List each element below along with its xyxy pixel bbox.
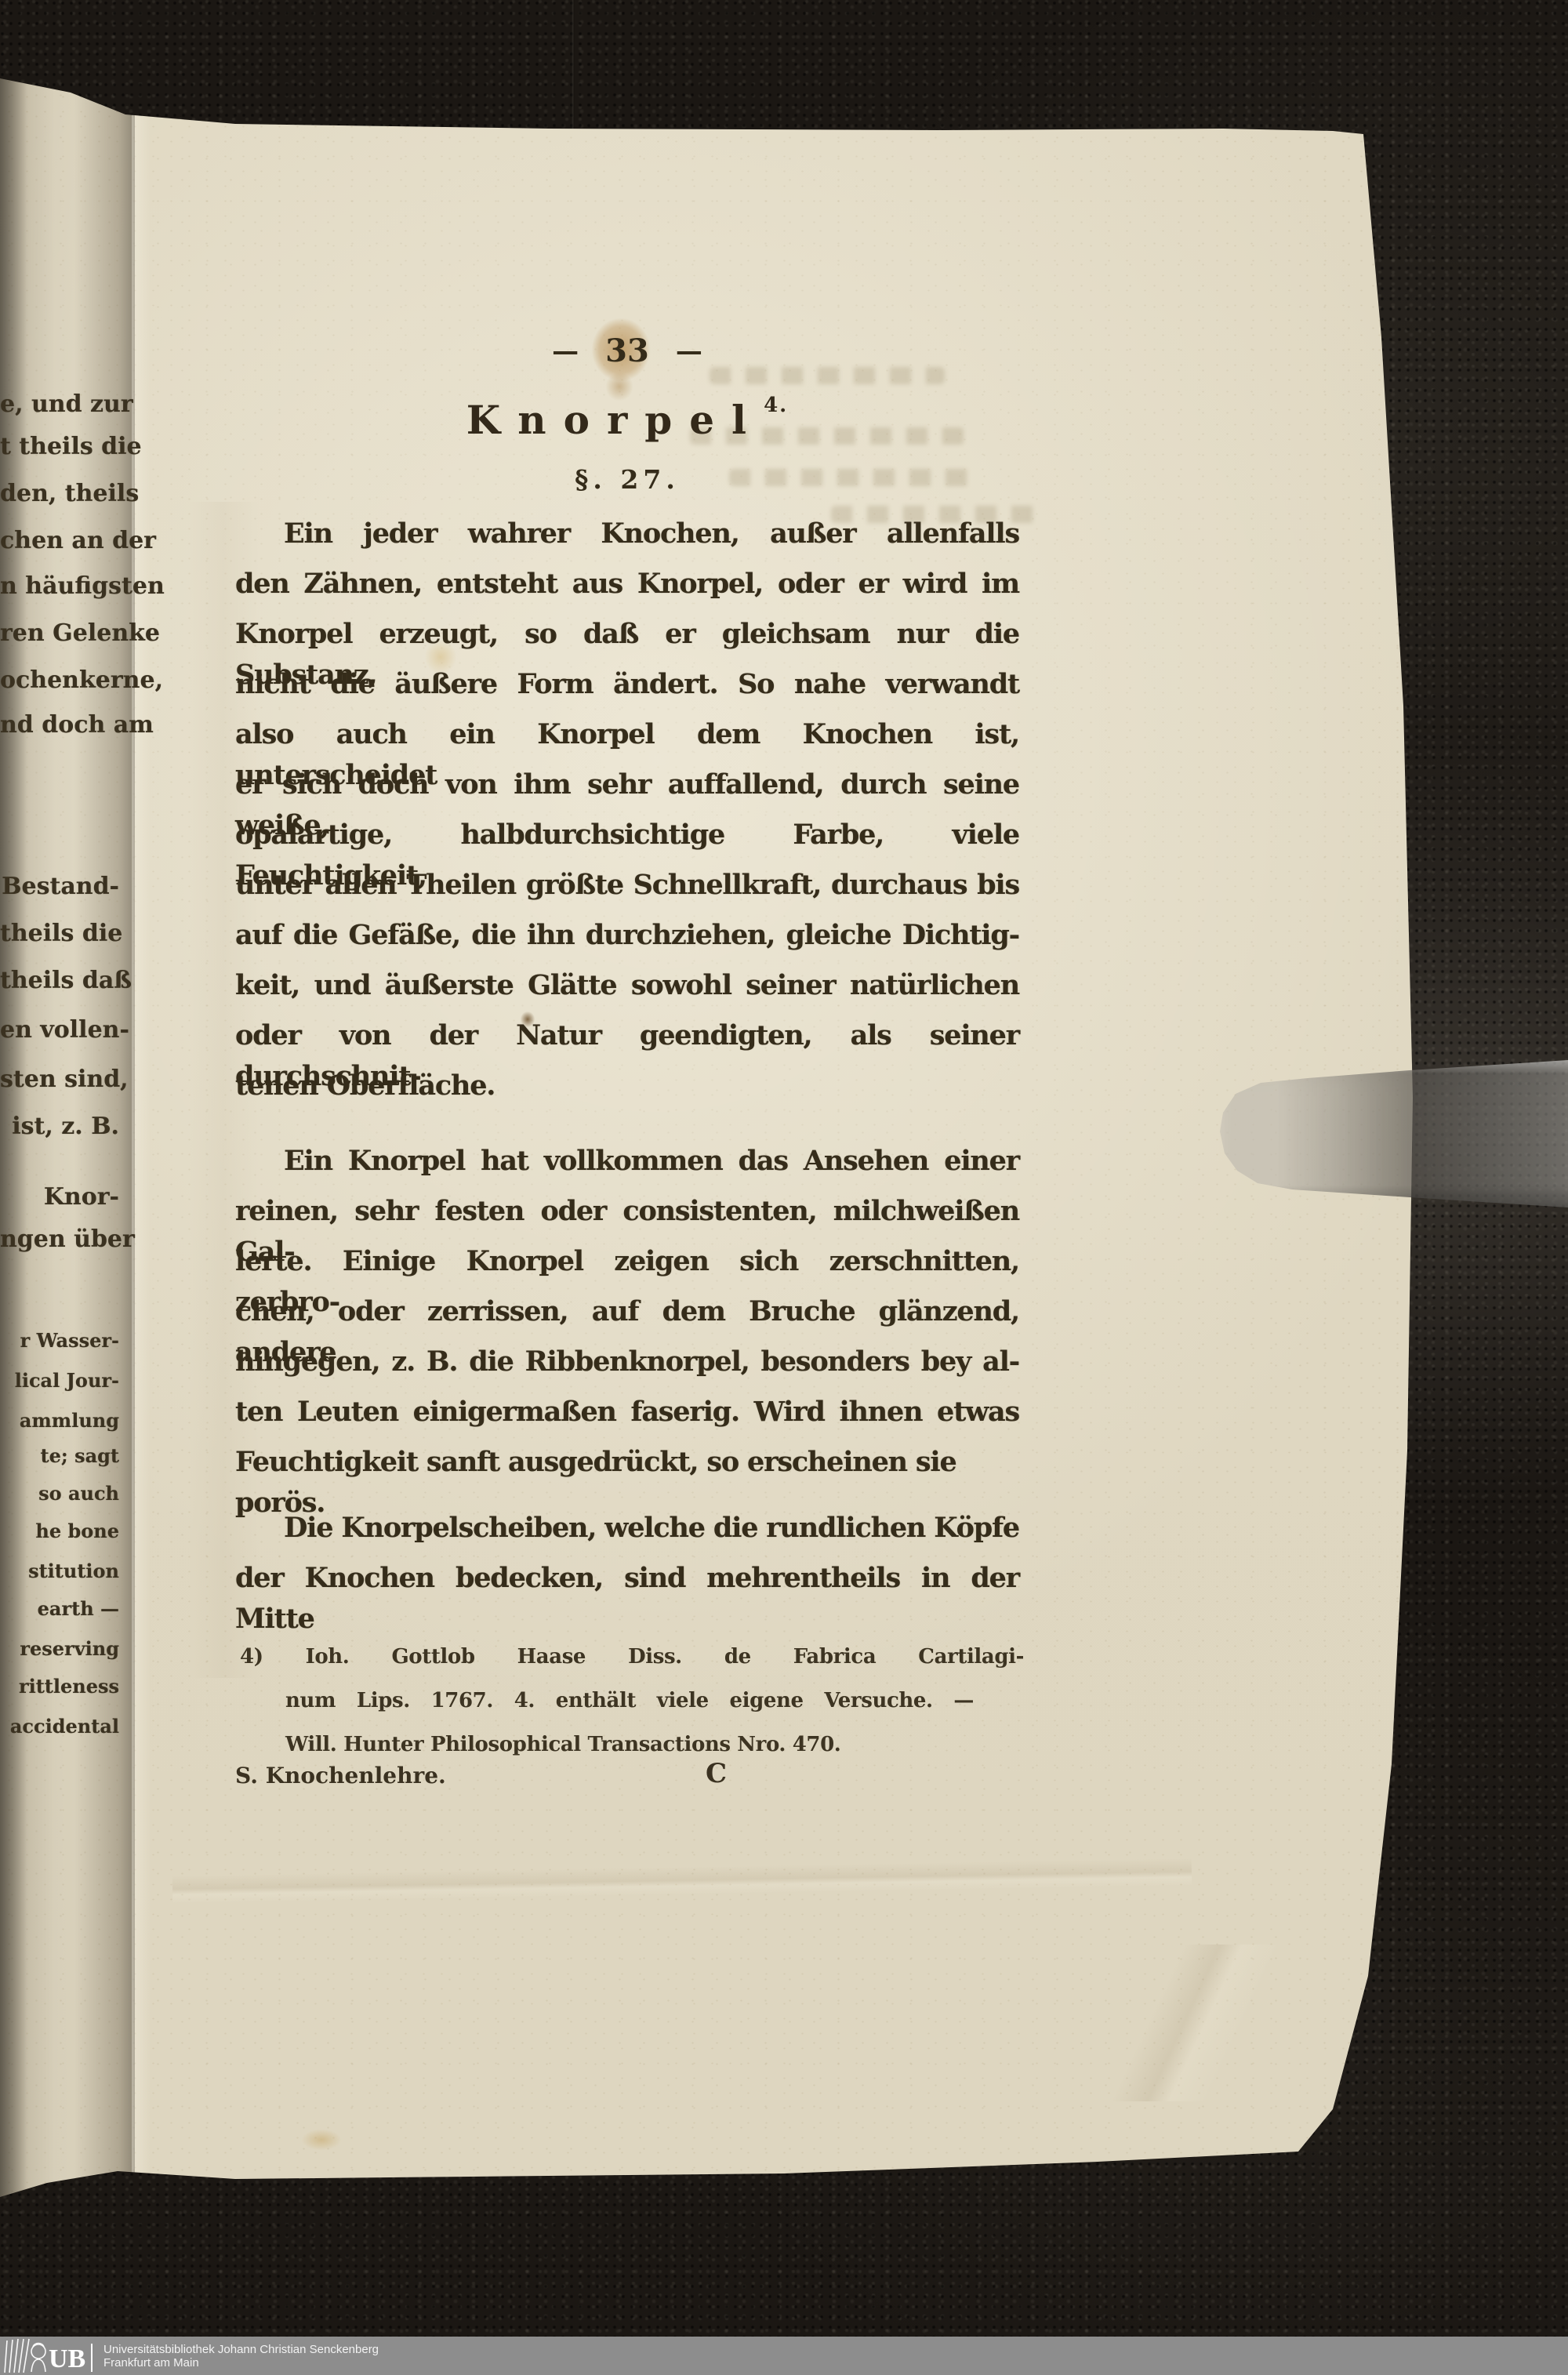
body-line: ten Leuten einigermaßen faserig. Wird ih…: [235, 1392, 1019, 1442]
library-footer-bar: UB Universitätsbibliothek Johann Christi…: [0, 2337, 1568, 2375]
facing-page-fragment: ren Gelenke: [0, 619, 119, 647]
facing-page-fragment: theils daß: [0, 967, 119, 994]
facing-page-fragment: theils die: [0, 920, 119, 947]
facing-page-fragment: te; sagt: [0, 1444, 119, 1467]
chapter-heading-text: Knorpel: [466, 397, 764, 443]
library-logo-text: UB: [49, 2344, 85, 2373]
facing-page-fragment: sten sind,: [0, 1066, 119, 1093]
facing-page-fragment: e, und zur: [0, 390, 119, 418]
body-line: der Knochen bedecken, sind mehrentheils …: [235, 1558, 1019, 1608]
facing-page-fragment: reserving: [0, 1637, 119, 1660]
body-line: Die Knorpelscheiben, welche die rundlich…: [235, 1508, 1019, 1558]
facing-page-fragment: earth —: [0, 1597, 119, 1620]
body-line: Ein Knorpel hat vollkommen das Ansehen e…: [235, 1141, 1019, 1191]
page-number-dash-right: —: [676, 336, 702, 367]
body-line: den Zähnen, entsteht aus Knorpel, oder e…: [235, 564, 1019, 614]
paper-stain: [296, 2126, 347, 2153]
library-location: Frankfurt am Main: [103, 2356, 379, 2370]
footnote-line: num Lips. 1767. 4. enthält viele eigene …: [285, 1684, 974, 1717]
facing-page-fragment: en vollen-: [0, 1016, 119, 1044]
facing-page-fragment: nd doch am: [0, 711, 119, 739]
body-line: also auch ein Knorpel dem Knochen ist, u…: [235, 714, 1019, 764]
facing-page-fragment: ammlung: [0, 1409, 119, 1432]
body-line: Feuchtigkeit sanft ausgedrückt, so ersch…: [235, 1442, 1019, 1492]
body-line: chen, oder zerrissen, auf dem Bruche glä…: [235, 1291, 1019, 1342]
body-line: auf die Gefäße, die ihn durchziehen, gle…: [235, 915, 1019, 965]
facing-page-fragment: rittleness: [0, 1675, 119, 1698]
page-header: — 33 —: [235, 332, 1019, 369]
body-line: keit, und äußerste Glätte sowohl seiner …: [235, 965, 1019, 1015]
body-line: reinen, sehr festen oder consistenten, m…: [235, 1191, 1019, 1241]
body-line: Ein jeder wahrer Knochen, außer allenfal…: [235, 514, 1019, 564]
facing-page-fragment: r Wasser-: [0, 1329, 119, 1352]
facing-page-fragment: ist, z. B.: [0, 1113, 119, 1140]
facing-page-fragment: so auch: [0, 1482, 119, 1505]
facing-page-fragment: ochenkerne,: [0, 666, 119, 694]
body-line: unter allen Theilen größte Schnellkraft,…: [235, 865, 1019, 915]
section-mark: §. 27.: [235, 464, 1019, 495]
body-line: tenen Oberfläche.: [235, 1066, 1019, 1116]
facing-page-fragment: den, theils: [0, 480, 119, 507]
gutter-crease: [132, 71, 158, 2195]
facing-page-fragment: lical Jour-: [0, 1369, 119, 1392]
facing-page-fragment: ngen über: [0, 1226, 119, 1253]
footnote-reference: 4.: [764, 394, 788, 417]
facing-page-fragment: t theils die: [0, 433, 119, 460]
paper-wrinkle: [1035, 1945, 1333, 2101]
facing-page-fragment: he bone: [0, 1520, 119, 1542]
gathering-mark: C: [706, 1758, 727, 1789]
library-name: Universitätsbibliothek Johann Christian …: [103, 2343, 379, 2356]
body-line: nicht die äußere Form ändert. So nahe ve…: [235, 664, 1019, 714]
library-logo-icon: UB: [2, 2337, 97, 2375]
body-line: er sich doch von ihm sehr auffallend, du…: [235, 764, 1019, 815]
facing-page-fragment: Knor-: [0, 1183, 119, 1211]
body-line: Knorpel erzeugt, so daß er gleichsam nur…: [235, 614, 1019, 664]
facing-page-fragment: accidental: [0, 1715, 119, 1738]
facing-page-fragment: Bestand-: [0, 873, 119, 900]
chapter-heading: Knorpel4.: [235, 394, 1019, 443]
body-line: oder von der Natur geendigten, als seine…: [235, 1015, 1019, 1066]
show-through-text: [710, 367, 945, 384]
facing-page-fragment: n häufigsten: [0, 572, 119, 600]
signature-title: S. Knochenlehre.: [235, 1763, 446, 1789]
facing-page-fragment: chen an der: [0, 527, 119, 554]
body-line: lerte. Einige Knorpel zeigen sich zersch…: [235, 1241, 1019, 1291]
footnote-line: 4) Ioh. Gottlob Haase Diss. de Fabrica C…: [240, 1640, 1024, 1673]
body-line: hingegen, z. B. die Ribbenknorpel, beson…: [235, 1342, 1019, 1392]
footnote-line: Will. Hunter Philosophical Transactions …: [285, 1728, 974, 1761]
body-line: opalartige, halbdurchsichtige Farbe, vie…: [235, 815, 1019, 865]
facing-page-fragment: stitution: [0, 1560, 119, 1582]
book-scan-photo: e, und zur t theils die den, theils chen…: [0, 0, 1568, 2375]
page-number: 33: [605, 332, 649, 369]
page-number-dash-left: —: [552, 336, 579, 367]
paper-wrinkle: [172, 1858, 1192, 1904]
